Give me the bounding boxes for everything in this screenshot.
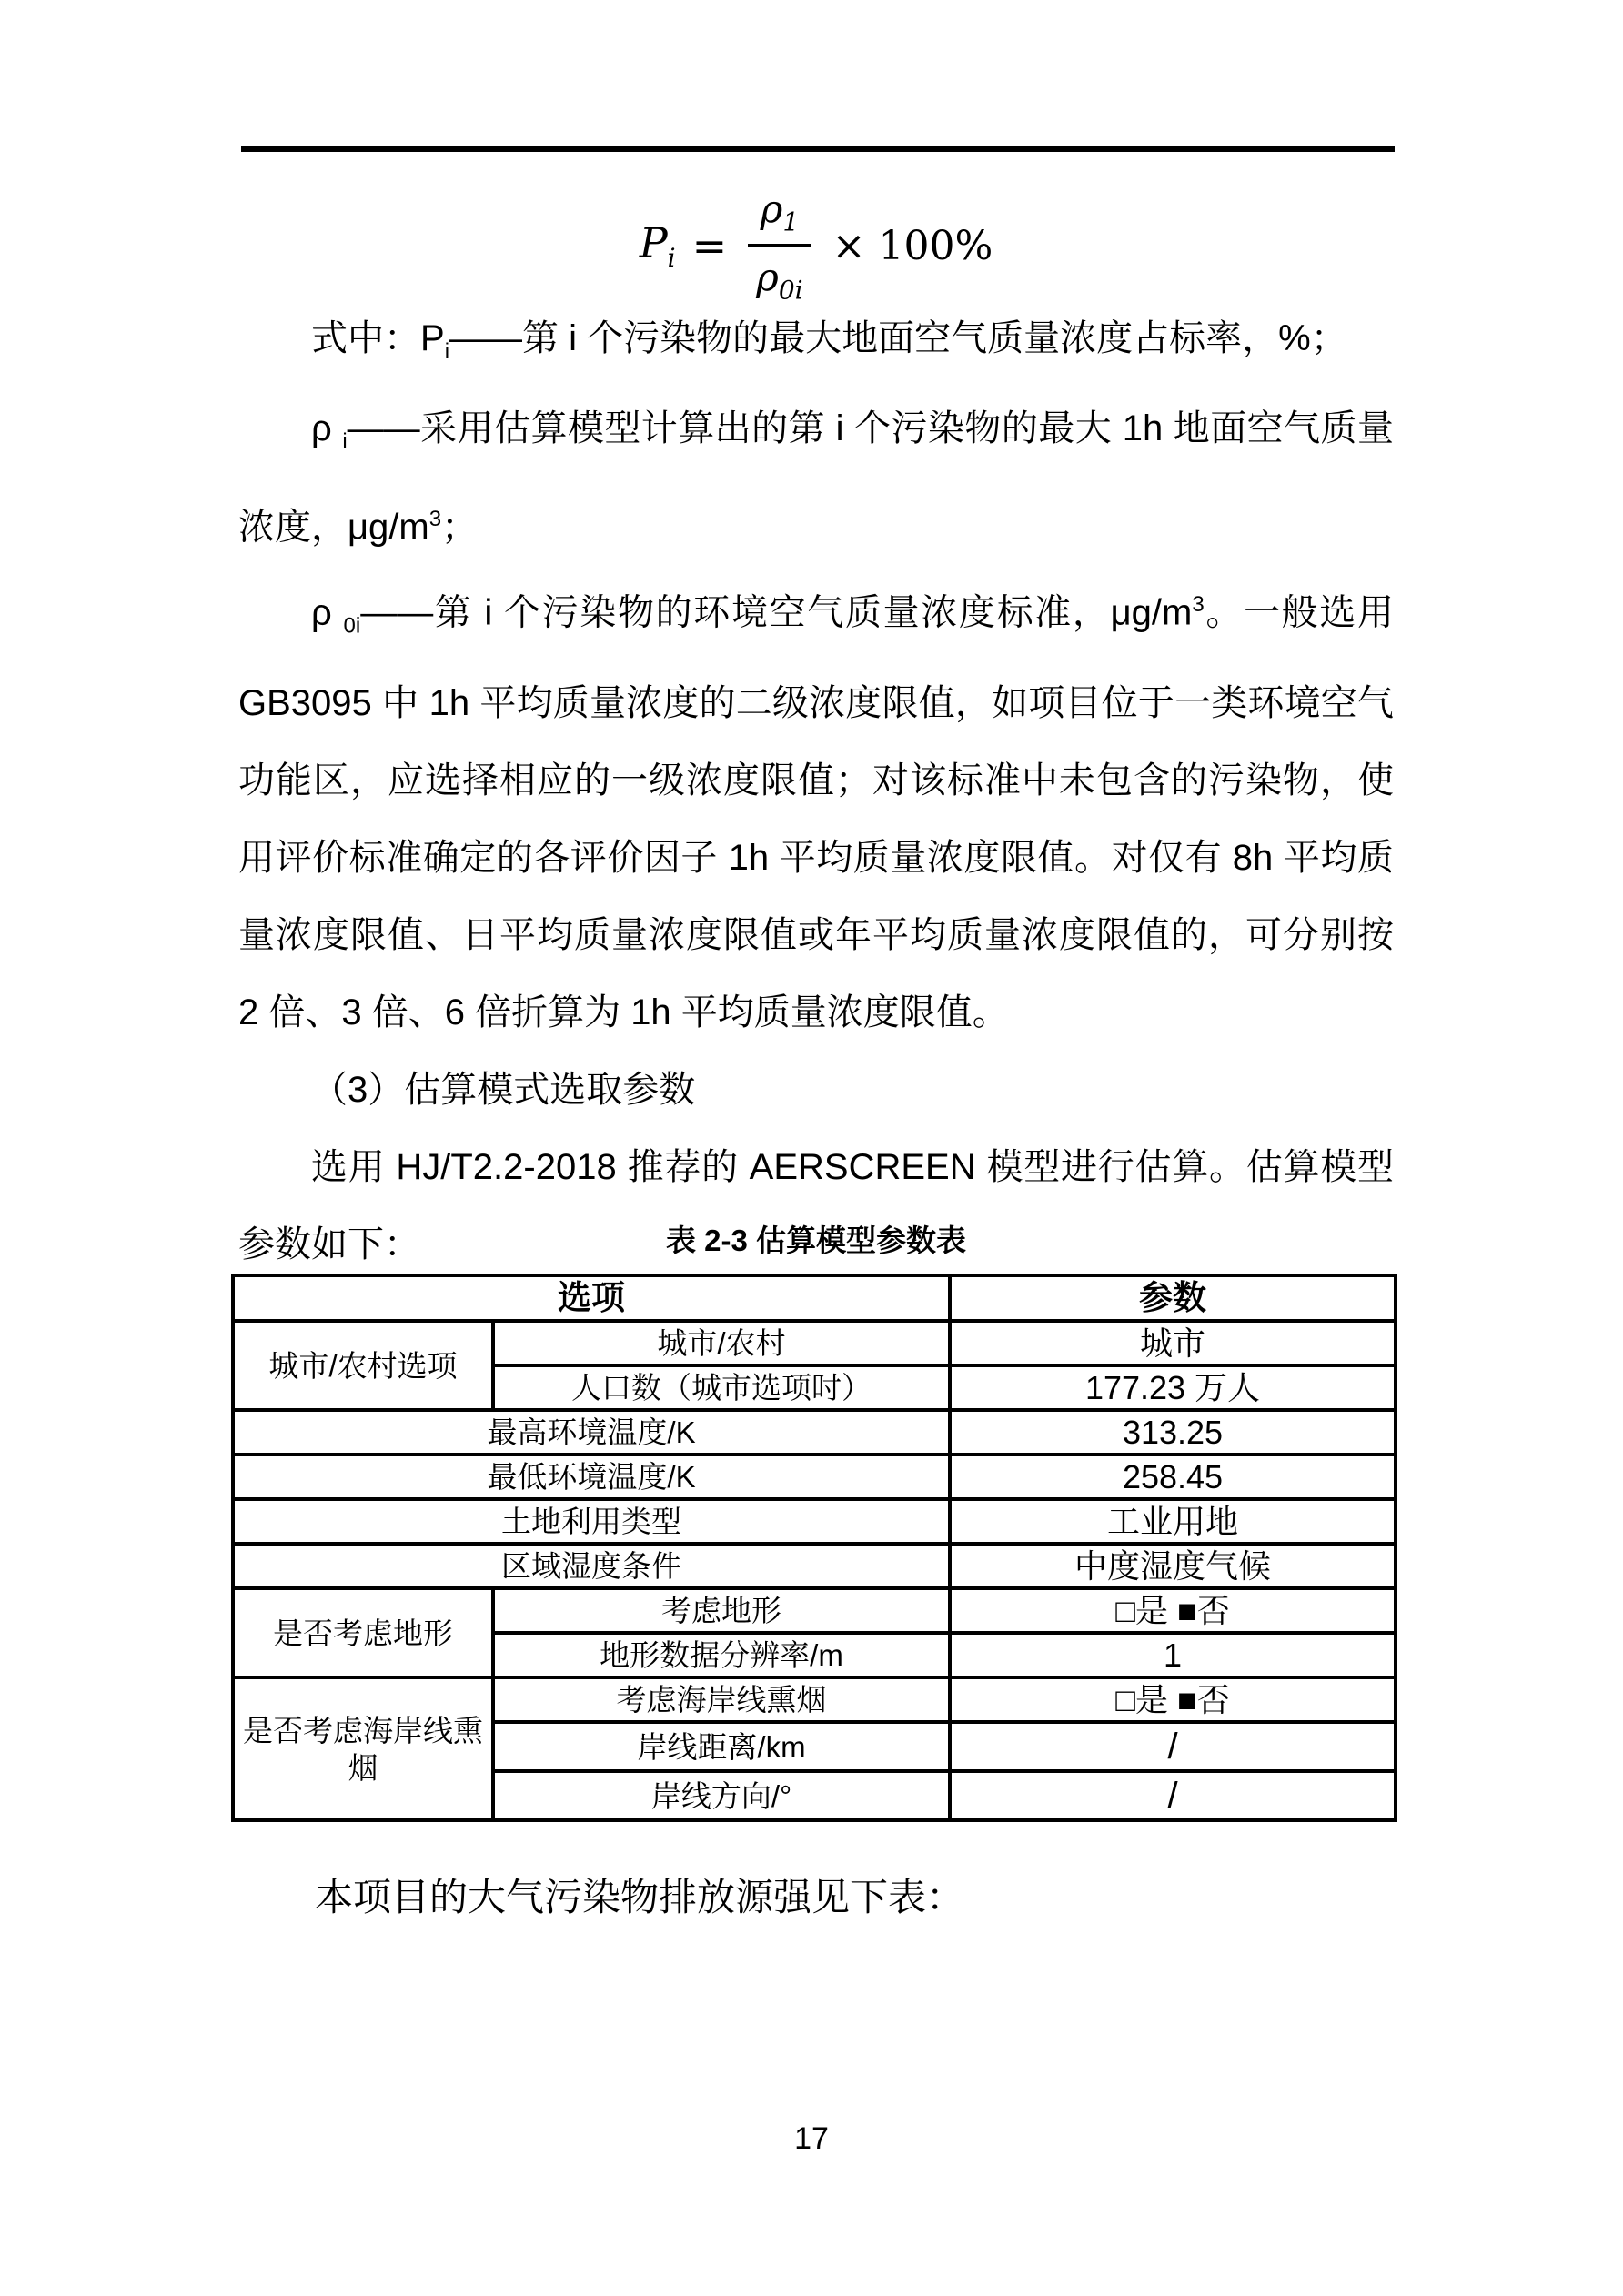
option-cell: 土地利用类型 <box>233 1499 950 1544</box>
formula-numerator-rho: ρ <box>761 186 783 231</box>
table-row: 是否考虑海岸线熏烟 考虑海岸线熏烟 □是 ■否 <box>233 1677 1396 1722</box>
formula-fraction: ρ1 ρ0i <box>743 186 815 306</box>
formula-pi: Pi = ρ1 ρ0i × 100% <box>238 186 1394 306</box>
paragraph-pi-definition: 式中：Pi——第 i 个污染物的最大地面空气质量浓度占标率，%； <box>238 300 1394 390</box>
paragraph-rho-i-definition: ρ i——采用估算模型计算出的第 i 个污染物的最大 1h 地面空气质量浓度，μ… <box>238 390 1394 566</box>
value-cell: 工业用地 <box>950 1499 1396 1544</box>
formula-denominator: ρ0i <box>743 247 815 305</box>
parameter-table: 选项 参数 城市/农村选项 城市/农村 城市 人口数（城市选项时） 177.23… <box>231 1274 1397 1822</box>
table-row: 城市/农村选项 城市/农村 城市 <box>233 1321 1396 1365</box>
option-cell: 最低环境温度/K <box>233 1455 950 1499</box>
formula-lhs: Pi <box>640 218 676 273</box>
checkbox-value-cell: □是 ■否 <box>950 1677 1396 1722</box>
group-cell-coastline: 是否考虑海岸线熏烟 <box>233 1677 493 1820</box>
paragraph-model-selection: 选用 HJ/T2.2-2018 推荐的 AERSCREEN 模型进行估算。估算模… <box>238 1129 1394 1284</box>
value-cell: / <box>950 1771 1396 1820</box>
column-header-option: 选项 <box>233 1275 950 1321</box>
table-title: 表 2-3 估算模型参数表 <box>238 1217 1394 1260</box>
table-row: 土地利用类型 工业用地 <box>233 1499 1396 1544</box>
checkbox-value-cell: □是 ■否 <box>950 1588 1396 1633</box>
formula-P-subscript: i <box>668 243 676 273</box>
option-cell: 地形数据分辨率/m <box>493 1633 950 1677</box>
option-cell: 岸线距离/km <box>493 1722 950 1771</box>
group-cell-urban-rural: 城市/农村选项 <box>233 1321 493 1410</box>
value-cell: / <box>950 1722 1396 1771</box>
table-row: 是否考虑地形 考虑地形 □是 ■否 <box>233 1588 1396 1633</box>
option-cell: 岸线方向/° <box>493 1771 950 1820</box>
paragraph-section-3-heading: （3）估算模式选取参数 <box>238 1052 1394 1129</box>
group-cell-terrain: 是否考虑地形 <box>233 1588 493 1677</box>
header-rule <box>241 146 1395 152</box>
body-text: 式中：Pi——第 i 个污染物的最大地面空气质量浓度占标率，%； ρ i——采用… <box>238 300 1394 1284</box>
value-cell: 258.45 <box>950 1455 1396 1499</box>
table-row: 最高环境温度/K 313.25 <box>233 1410 1396 1455</box>
formula-equals: = <box>692 221 728 270</box>
value-cell: 中度湿度气候 <box>950 1544 1396 1588</box>
page-number: 17 <box>0 2121 1623 2157</box>
column-header-parameter: 参数 <box>950 1275 1396 1321</box>
formula-numerator: ρ1 <box>748 186 812 247</box>
formula-multiplier: × 100% <box>832 223 993 269</box>
value-cell: 313.25 <box>950 1410 1396 1455</box>
option-cell: 最高环境温度/K <box>233 1410 950 1455</box>
option-cell: 区域湿度条件 <box>233 1544 950 1588</box>
option-cell: 城市/农村 <box>493 1321 950 1365</box>
table-row: 区域湿度条件 中度湿度气候 <box>233 1544 1396 1588</box>
option-cell: 考虑地形 <box>493 1588 950 1633</box>
paragraph-rho-0i-definition: ρ 0i——第 i 个污染物的环境空气质量浓度标准，μg/m3。一般选用 GB3… <box>238 566 1394 1051</box>
option-cell: 人口数（城市选项时） <box>493 1365 950 1410</box>
table-row: 最低环境温度/K 258.45 <box>233 1455 1396 1499</box>
formula-P: P <box>640 218 668 267</box>
table-header-row: 选项 参数 <box>233 1275 1396 1321</box>
value-cell: 1 <box>950 1633 1396 1677</box>
document-page: Pi = ρ1 ρ0i × 100% 式中：Pi——第 i 个污染物的最大地面空… <box>0 0 1623 2296</box>
option-cell: 考虑海岸线熏烟 <box>493 1677 950 1722</box>
formula-numerator-subscript: 1 <box>782 206 799 237</box>
closing-paragraph: 本项目的大气污染物排放源强见下表： <box>238 1867 1394 1930</box>
formula-denominator-rho: ρ <box>756 255 779 299</box>
value-cell: 177.23 万人 <box>950 1365 1396 1410</box>
value-cell: 城市 <box>950 1321 1396 1365</box>
